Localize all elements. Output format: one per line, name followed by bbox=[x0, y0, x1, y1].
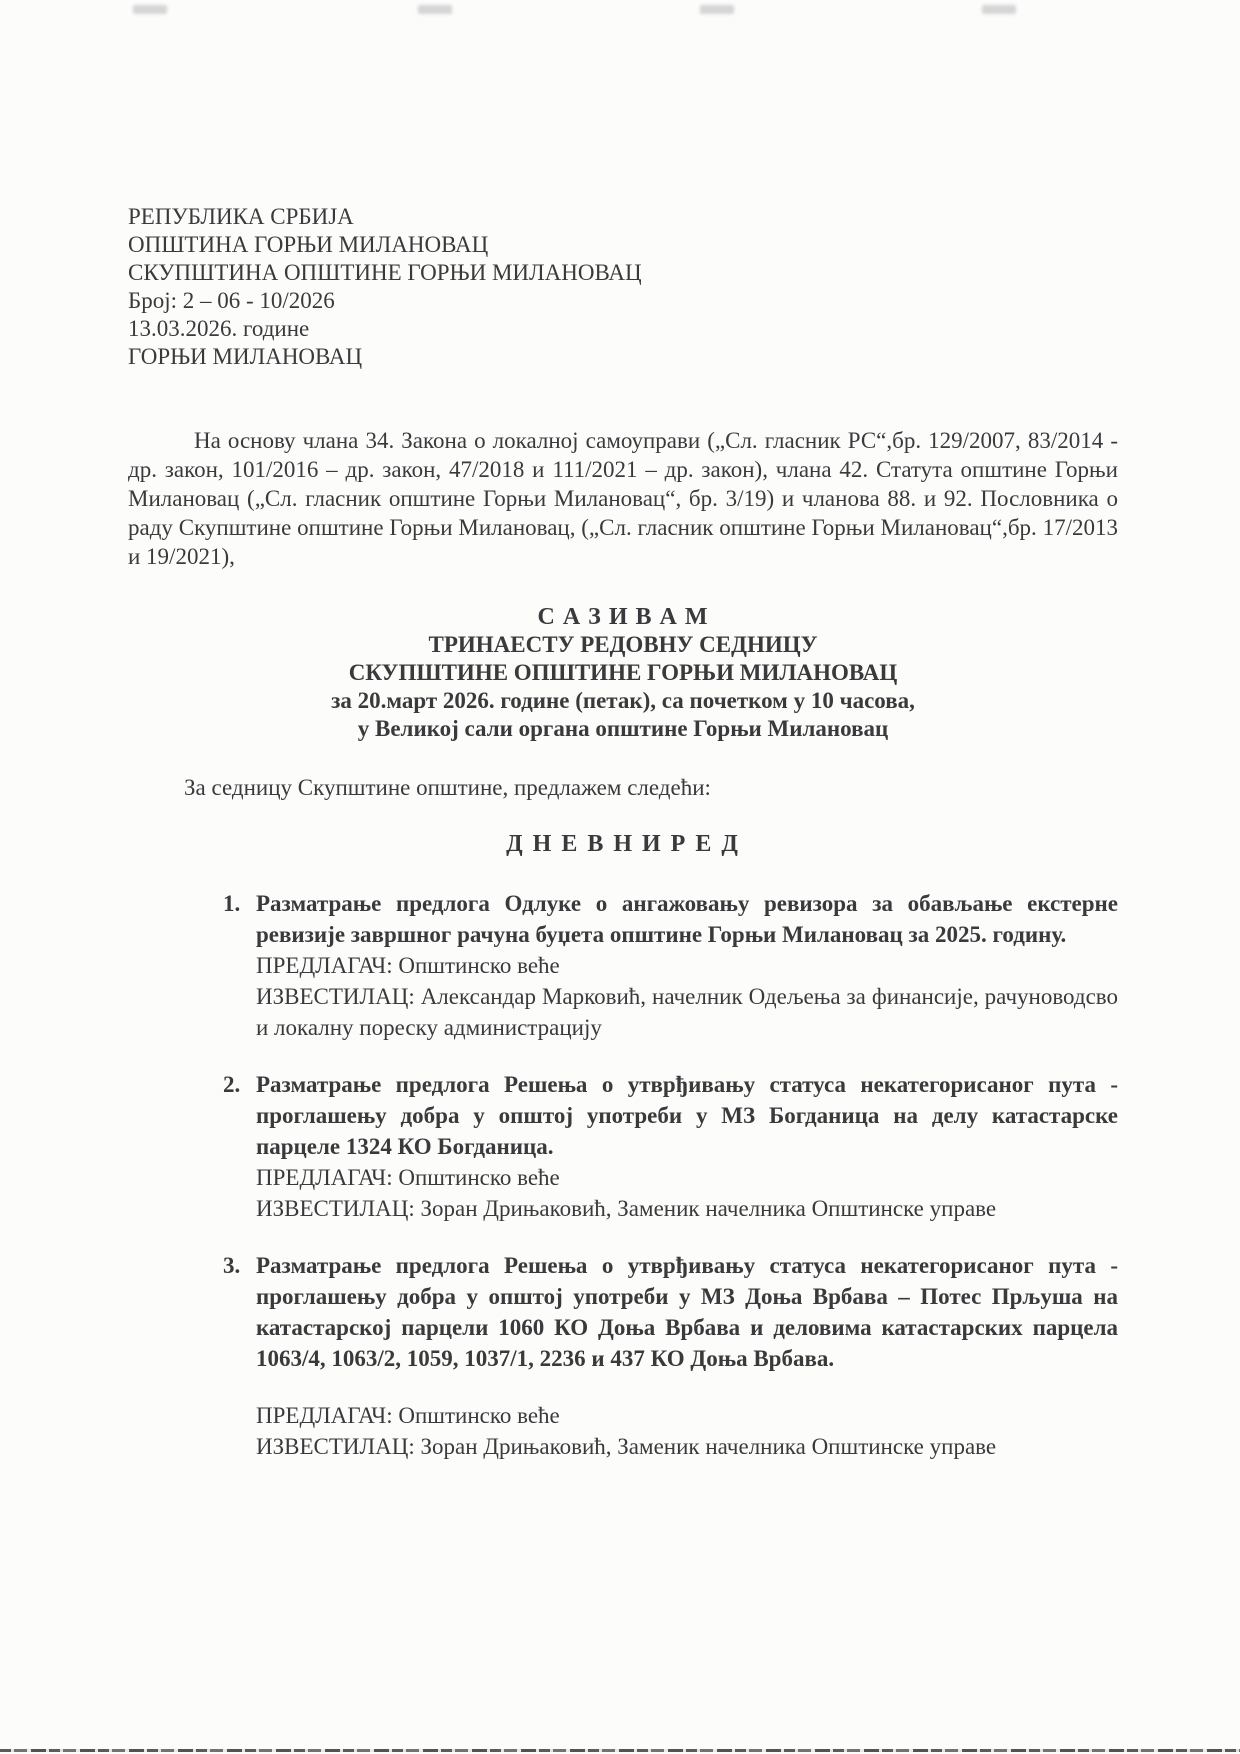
agenda-item-number: 2. bbox=[223, 1069, 256, 1224]
agenda-item-rapporteur: ИЗВЕСТИЛАЦ: Александар Марковић, начелни… bbox=[256, 981, 1118, 1043]
agenda-item-body: Разматрање предлога Одлуке о ангажовању … bbox=[256, 888, 1118, 1043]
agenda-item-number: 3. bbox=[223, 1250, 256, 1462]
document-place: ГОРЊИ МИЛАНОВАЦ bbox=[128, 343, 1118, 371]
scan-artifact bbox=[133, 5, 167, 14]
agenda-item-body: Разматрање предлога Решења о утврђивању … bbox=[256, 1250, 1118, 1462]
agenda-item-rapporteur: ИЗВЕСТИЛАЦ: Зоран Дрињаковић, Заменик на… bbox=[256, 1431, 1118, 1462]
scan-artifact bbox=[700, 5, 734, 14]
proposal-line: За седницу Скупштине општине, предлажем … bbox=[128, 773, 1118, 802]
document-date: 13.03.2026. године bbox=[128, 315, 1118, 343]
agenda-item-rapporteur: ИЗВЕСТИЛАЦ: Зоран Дрињаковић, Заменик на… bbox=[256, 1193, 1118, 1224]
scan-artifact bbox=[418, 5, 452, 14]
scanned-page: РЕПУБЛИКА СРБИЈА ОПШТИНА ГОРЊИ МИЛАНОВАЦ… bbox=[0, 0, 1240, 1754]
convocation-verb: С А З И В А М bbox=[128, 603, 1118, 631]
session-ordinal: ТРИНАЕСТУ РЕДОВНУ СЕДНИЦУ bbox=[128, 631, 1118, 659]
legal-basis-paragraph: На основу члана 34. Закона о локалној са… bbox=[128, 426, 1118, 571]
agenda-item-3: 3. Разматрање предлога Решења о утврђива… bbox=[223, 1250, 1118, 1462]
agenda-item-2: 2. Разматрање предлога Решења о утврђива… bbox=[223, 1069, 1118, 1224]
letterhead-republic: РЕПУБЛИКА СРБИЈА bbox=[128, 203, 1118, 231]
scan-edge-artifact bbox=[0, 1749, 1240, 1752]
agenda-item-body: Разматрање предлога Решења о утврђивању … bbox=[256, 1069, 1118, 1224]
agenda-item-title: Разматрање предлога Решења о утврђивању … bbox=[256, 1069, 1118, 1162]
scan-artifact bbox=[982, 5, 1016, 14]
agenda-heading: Д Н Е В Н И Р Е Д bbox=[128, 830, 1118, 858]
session-location: у Великој сали органа општине Горњи Мила… bbox=[128, 715, 1118, 743]
agenda-list: 1. Разматрање предлога Одлуке о ангажова… bbox=[128, 888, 1118, 1462]
session-assembly: СКУПШТИНЕ ОПШТИНЕ ГОРЊИ МИЛАНОВАЦ bbox=[128, 659, 1118, 687]
letterhead: РЕПУБЛИКА СРБИЈА ОПШТИНА ГОРЊИ МИЛАНОВАЦ… bbox=[128, 203, 1118, 371]
agenda-item-title: Разматрање предлога Одлуке о ангажовању … bbox=[256, 888, 1118, 950]
agenda-item-proposer: ПРЕДЛАГАЧ: Општинско веће bbox=[256, 950, 1118, 981]
convocation-heading: С А З И В А М ТРИНАЕСТУ РЕДОВНУ СЕДНИЦУ … bbox=[128, 603, 1118, 743]
agenda-item-title: Разматрање предлога Решења о утврђивању … bbox=[256, 1250, 1118, 1374]
agenda-item-proposer: ПРЕДЛАГАЧ: Општинско веће bbox=[256, 1162, 1118, 1193]
letterhead-municipality: ОПШТИНА ГОРЊИ МИЛАНОВАЦ bbox=[128, 231, 1118, 259]
document-number: Број: 2 – 06 - 10/2026 bbox=[128, 287, 1118, 315]
document-content: РЕПУБЛИКА СРБИЈА ОПШТИНА ГОРЊИ МИЛАНОВАЦ… bbox=[128, 203, 1118, 1462]
letterhead-assembly: СКУПШТИНА ОПШТИНЕ ГОРЊИ МИЛАНОВАЦ bbox=[128, 259, 1118, 287]
agenda-item-1: 1. Разматрање предлога Одлуке о ангажова… bbox=[223, 888, 1118, 1043]
agenda-item-proposer: ПРЕДЛАГАЧ: Општинско веће bbox=[256, 1400, 1118, 1431]
session-datetime: за 20.март 2026. године (петак), са поче… bbox=[128, 687, 1118, 715]
agenda-item-number: 1. bbox=[223, 888, 256, 1043]
